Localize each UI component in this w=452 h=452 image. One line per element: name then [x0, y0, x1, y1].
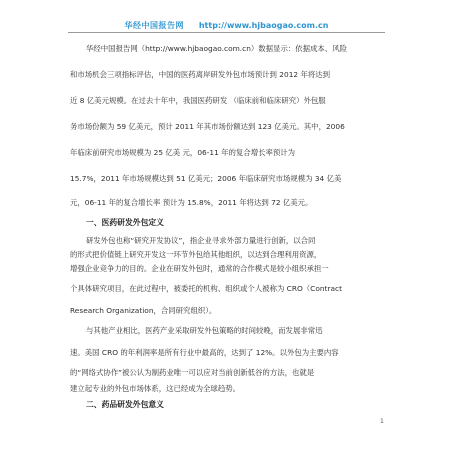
paragraph-line: 速。美国 CRO 的年利润率是所有行业中最高的，达到了 12%。以外包为主要内容 [70, 348, 339, 358]
section-heading-1: 一、医药研发外包定义 [86, 218, 164, 228]
paragraph-line: 个具体研究项目，在此过程中，被委托的机构、组织或个人被称为 CRO（Contra… [70, 284, 342, 294]
paragraph-line: Research Organization，合同研究组织）。 [70, 306, 216, 316]
header-url[interactable]: http://www.hjbaogao.com.cn [199, 21, 329, 30]
paragraph-line: 元，06-11 年的复合增长率 预计为 15.8%，2011 年将达到 72 亿… [70, 198, 312, 208]
section-heading-2: 二、药品研发外包意义 [86, 400, 164, 410]
page-header: 华经中国报告网 http://www.hjbaogao.com.cn [68, 20, 385, 32]
paragraph-line: 建立起专业的外包市场体系，这已经成为全球趋势。 [70, 384, 240, 394]
header-site-name: 华经中国报告网 [125, 21, 185, 30]
paragraph-line: 的“网络式协作”被公认为制药业唯一可以应对当前创新低谷的方法，也就是 [70, 368, 314, 378]
paragraph-line: 华经中国报告网（http://www.hjbaogao.com.cn）数据显示：… [86, 44, 347, 54]
paragraph-line: 15.7%，2011 年市场规模达到 51 亿美元；2006 年临床研究市场规模… [70, 174, 341, 184]
paragraph-line: 与其他产业相比，医药产业采取研发外包策略的时间较晚，而发展非常迅 [86, 326, 323, 336]
paragraph-line: 增强企业竞争力的目的。企业在研发外包时，通常的合作模式是较小组织承担一 [70, 264, 329, 274]
paragraph-line: 和市场机会三项指标评估，中国的医药离岸研发外包市场预计到 2012 年将达到 [70, 70, 330, 80]
paragraph-line: 务市场份额为 59 亿美元，预计 2011 年其市场份额达到 123 亿美元。其… [70, 122, 345, 132]
header-divider [68, 32, 385, 33]
paragraph-line: 近 8 亿美元规模。在过去十年中，我国医药研发 （临床前和临床研究）外包服 [70, 96, 326, 106]
page-number: 1 [380, 418, 384, 425]
paragraph-line: 研发外包也称“研究开发协议”，指企业寻求外部力量进行创新，以合同 [86, 236, 315, 246]
paragraph-line: 的形式把价值链上研究开发这一环节外包给其他组织，以达到合理利用资源， [70, 250, 321, 260]
paragraph-line: 年临床前研究市场规模为 25 亿美 元，06-11 年的复合增长率预计为 [70, 148, 295, 158]
